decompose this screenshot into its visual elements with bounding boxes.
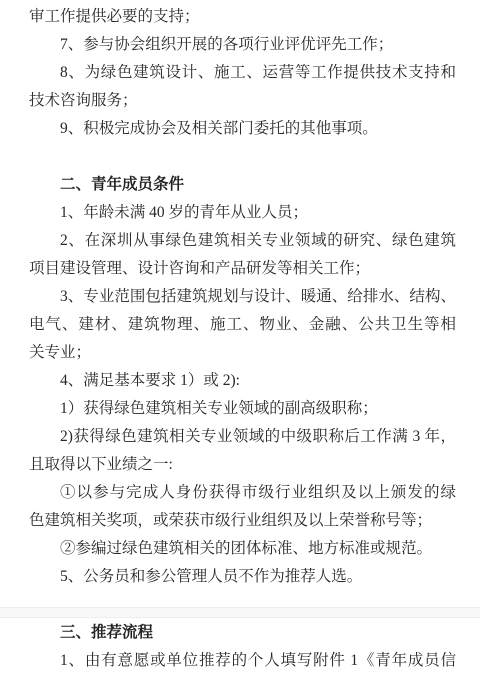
text-line: 项目建设管理、设计咨询和产品研发等相关工作； [29,255,456,283]
text-line: 4、满足基本要求 1）或 2): [29,367,456,395]
text-line: 1、由有意愿或单位推荐的个人填写附件 1《青年成员信 [29,647,456,675]
text-line: 7、参与协会组织开展的各项行业评优评先工作； [29,31,456,59]
text-line: 2、在深圳从事绿色建筑相关专业领域的研究、绿色建筑 [29,227,456,255]
text-line: 电气、建材、建筑物理、施工、物业、金融、公共卫生等相 [29,311,456,339]
text-line: 1）获得绿色建筑相关专业领域的副高级职称； [29,395,456,423]
blank-line [29,143,456,171]
text-line: ①以参与完成人身份获得市级行业组织及以上颁发的绿 [29,479,456,507]
text-line: 2)获得绿色建筑相关专业领域的中级职称后工作满 3 年， [29,423,456,451]
text-line: 8、为绿色建筑设计、施工、运营等工作提供技术支持和 [29,59,456,87]
section-heading: 二、青年成员条件 [29,171,456,199]
text-line: 1、年龄未满 40 岁的青年从业人员； [29,199,456,227]
document-page: 审工作提供必要的支持；7、参与协会组织开展的各项行业评优评先工作；8、为绿色建筑… [0,0,480,687]
document-body: 审工作提供必要的支持；7、参与协会组织开展的各项行业评优评先工作；8、为绿色建筑… [29,3,456,675]
text-line: 关专业； [29,339,456,367]
text-line: 色建筑相关奖项，或荣获市级行业组织及以上荣誉称号等； [29,507,456,535]
text-line: 9、积极完成协会及相关部门委托的其他事项。 [29,115,456,143]
text-line: 技术咨询服务； [29,87,456,115]
text-line: 5、公务员和参公管理人员不作为推荐人选。 [29,563,456,591]
section-heading: 三、推荐流程 [29,619,456,647]
text-line: ②参编过绿色建筑相关的团体标准、地方标准或规范。 [29,535,456,563]
text-line: 且取得以下业绩之一: [29,451,456,479]
text-line: 审工作提供必要的支持； [29,3,456,31]
text-line: 3、专业范围包括建筑规划与设计、暖通、给排水、结构、 [29,283,456,311]
blank-line [29,591,456,619]
